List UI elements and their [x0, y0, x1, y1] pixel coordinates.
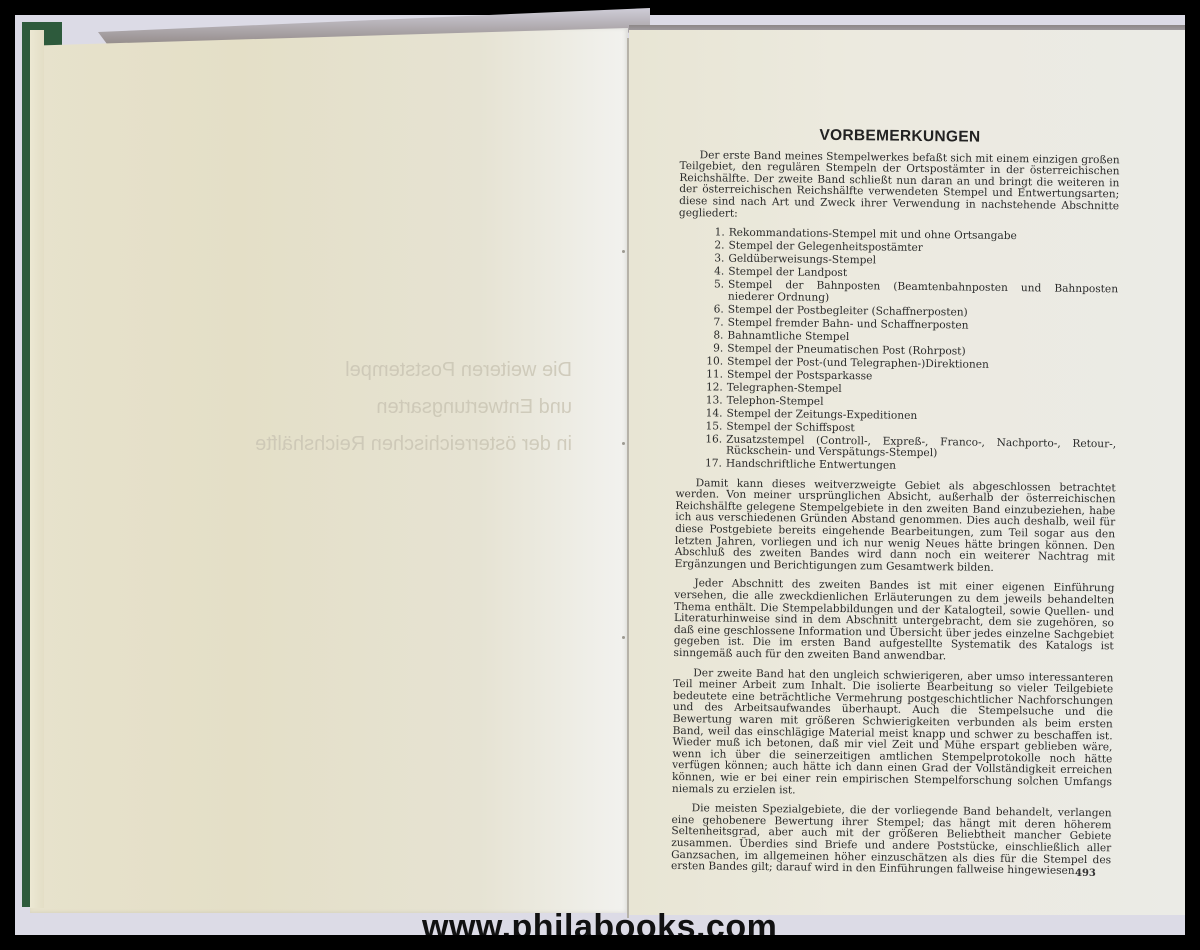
bottom-border [0, 935, 1200, 950]
section-number: 15. [696, 421, 722, 433]
section-number: 3. [698, 253, 724, 265]
section-number: 7. [698, 317, 724, 329]
section-number: 9. [697, 343, 723, 355]
section-list: 1.Rekommandations-Stempel mit und ohne O… [676, 227, 1119, 475]
binding-stitch [622, 442, 625, 445]
binding-stitch [622, 636, 625, 639]
section-number: 12. [697, 382, 723, 394]
section-number: 2. [698, 240, 724, 252]
left-page-edge [30, 30, 44, 908]
body-paragraphs: Damit kann dieses weitverzweigte Gebiet … [671, 478, 1116, 878]
body-paragraph: Damit kann dieses weitverzweigte Gebiet … [675, 478, 1116, 576]
left-page [30, 28, 628, 913]
bleed-line: Die weiteren Poststempel [255, 352, 572, 389]
page-content: VORBEMERKUNGEN Der erste Band meines Ste… [671, 128, 1120, 886]
bleed-line: in der österreichischen Reichshälfte [255, 426, 572, 463]
section-number: 6. [698, 304, 724, 316]
section-number: 11. [697, 369, 723, 381]
section-number: 1. [699, 227, 725, 239]
bleed-line: und Entwertungsarten [255, 389, 572, 426]
section-number: 5. [698, 279, 724, 291]
intro-paragraph: Der erste Band meines Stempelwerkes befa… [679, 150, 1120, 225]
section-number: 17. [696, 458, 722, 470]
section-number: 10. [697, 356, 723, 368]
binding-stitch [622, 250, 625, 253]
body-paragraph: Der zweite Band hat den ungleich schwier… [672, 668, 1114, 801]
watermark: www.philabooks.com [422, 910, 777, 935]
section-number: 8. [697, 330, 723, 342]
section-number: 16. [696, 434, 722, 446]
page-number: 493 [1075, 868, 1096, 879]
body-paragraph: Jeder Abschnitt des zweiten Bandes ist m… [674, 578, 1115, 665]
book-spine [627, 38, 629, 918]
bleed-through-text: Die weiteren Poststempel und Entwertungs… [255, 352, 572, 463]
section-number: 13. [697, 395, 723, 407]
section-number: 14. [696, 408, 722, 420]
body-paragraph: Die meisten Spezialgebiete, die der vorl… [671, 803, 1112, 878]
section-number: 4. [698, 266, 724, 278]
